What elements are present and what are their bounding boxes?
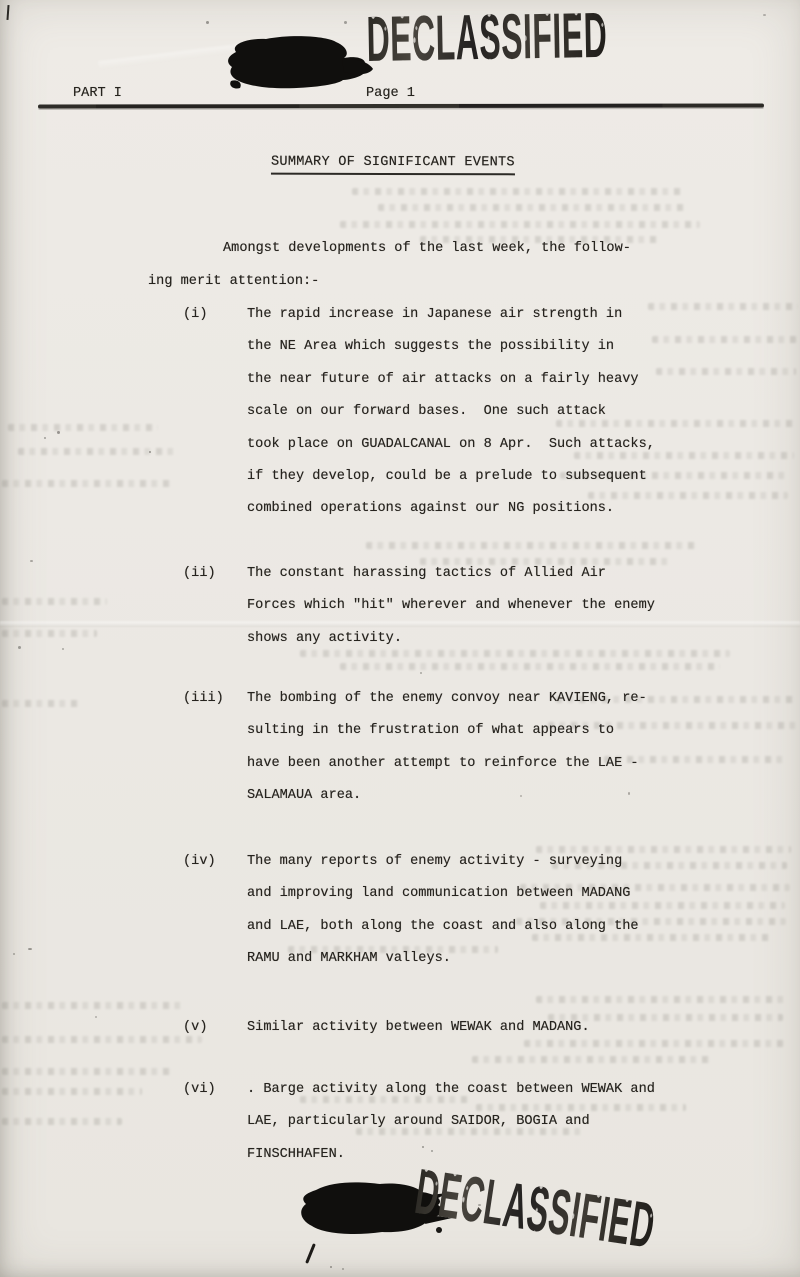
- list-item-line: and LAE, both along the coast and also a…: [247, 919, 639, 936]
- list-item-marker: (iii): [183, 691, 224, 708]
- bleed-through-row: [2, 630, 97, 637]
- part-label: PART I: [73, 86, 122, 101]
- ink-speck: [44, 437, 46, 439]
- bleed-through-row: [2, 1118, 122, 1125]
- list-item-line: Similar activity between WEWAK and MADAN…: [247, 1020, 590, 1037]
- intro-line: Amongst developments of the last week, t…: [223, 241, 631, 258]
- list-item-line: FINSCHHAFEN.: [247, 1147, 345, 1164]
- intro-line: ing merit attention:-: [148, 274, 319, 291]
- bleed-through-row: [524, 1040, 784, 1047]
- ink-speck: [18, 646, 21, 649]
- paper-crease: [0, 621, 800, 627]
- ink-speck: [520, 795, 522, 797]
- ink-speck: [13, 953, 15, 955]
- header-rule: [38, 103, 764, 108]
- bleed-through-row: [652, 336, 797, 343]
- ink-speck: [628, 792, 630, 795]
- list-item-line: Forces which "hit" wherever and whenever…: [247, 598, 655, 615]
- bleed-through-row: [536, 846, 791, 853]
- list-item-line: and improving land communication between…: [247, 886, 630, 903]
- list-item-line: scale on our forward bases. One such att…: [247, 404, 606, 421]
- bleed-through-row: [2, 1068, 172, 1075]
- list-item-line: The many reports of enemy activity - sur…: [247, 854, 622, 871]
- bleed-through-row: [2, 1036, 202, 1043]
- list-item-line: combined operations against our NG posit…: [247, 501, 614, 518]
- list-item-line: shows any activity.: [247, 631, 402, 648]
- list-item-line: took place on GUADALCANAL on 8 Apr. Such…: [247, 437, 655, 454]
- document-page: DECLASSIFIED PART I Page 1 SUMMARY OF SI…: [0, 0, 800, 1277]
- declassified-stamp-top: DECLASSIFIED: [366, 3, 608, 71]
- bleed-through-row: [656, 368, 796, 375]
- ink-speck: [57, 431, 60, 434]
- ink-speck: [437, 1228, 440, 1231]
- list-item-line: . Barge activity along the coast between…: [247, 1082, 655, 1099]
- bleed-through-row: [378, 204, 688, 211]
- bleed-through-row: [352, 188, 682, 195]
- ink-speck: [763, 14, 766, 16]
- bleed-through-row: [8, 424, 158, 431]
- list-item-marker: (iv): [183, 854, 216, 871]
- ink-speck: [30, 560, 33, 562]
- bleed-through-row: [2, 1002, 182, 1009]
- ink-speck: [330, 1266, 332, 1268]
- list-item-line: have been another attempt to reinforce t…: [247, 756, 639, 773]
- list-item-marker: (i): [183, 307, 207, 324]
- bleed-through-row: [536, 996, 786, 1003]
- bleed-through-row: [420, 558, 670, 565]
- list-item-line: LAE, particularly around SAIDOR, BOGIA a…: [247, 1114, 590, 1131]
- list-item-line: RAMU and MARKHAM valleys.: [247, 951, 451, 968]
- bleed-through-row: [2, 1088, 142, 1095]
- ink-speck: [28, 948, 32, 950]
- document-title: SUMMARY OF SIGNIFICANT EVENTS: [271, 155, 515, 176]
- bleed-through-row: [648, 303, 798, 310]
- list-item-marker: (vi): [183, 1082, 216, 1099]
- bleed-through-row: [2, 480, 172, 487]
- ink-speck: [344, 21, 347, 24]
- bleed-through-row: [366, 542, 696, 549]
- list-item-line: if they develop, could be a prelude to s…: [247, 469, 647, 486]
- ink-speck: [95, 1016, 97, 1018]
- bleed-through-row: [340, 663, 720, 670]
- list-item-line: The rapid increase in Japanese air stren…: [247, 307, 622, 324]
- bleed-through-row: [340, 221, 700, 228]
- ink-speck: [431, 1150, 433, 1152]
- ink-speck: [420, 672, 422, 674]
- page-label: Page 1: [366, 86, 415, 101]
- list-item-marker: (v): [183, 1020, 207, 1037]
- ink-speck: [149, 451, 151, 453]
- bleed-through-row: [588, 492, 788, 499]
- list-item-line: the near future of air attacks on a fair…: [247, 372, 639, 389]
- list-item-line: sulting in the frustration of what appea…: [247, 723, 614, 740]
- ink-speck: [62, 648, 64, 650]
- list-item-line: SALAMAUA area.: [247, 788, 361, 805]
- list-item-line: the NE Area which suggests the possibili…: [247, 339, 614, 356]
- bleed-through-row: [476, 1104, 686, 1111]
- ink-speck: [342, 1268, 344, 1270]
- bleed-through-row: [300, 650, 730, 657]
- bleed-through-row: [2, 598, 107, 605]
- ink-speck: [478, 1204, 481, 1206]
- list-item-marker: (ii): [183, 566, 216, 583]
- pen-tick-mark: [6, 5, 9, 20]
- bleed-through-row: [472, 1056, 712, 1063]
- list-item-line: The bombing of the enemy convoy near KAV…: [247, 691, 647, 708]
- ink-speck: [206, 21, 209, 24]
- bleed-through-row: [18, 448, 178, 455]
- list-item-line: The constant harassing tactics of Allied…: [247, 566, 606, 583]
- bleed-through-row: [2, 700, 82, 707]
- ink-speck: [422, 1146, 424, 1148]
- redaction-ink-blob-top: [222, 30, 374, 92]
